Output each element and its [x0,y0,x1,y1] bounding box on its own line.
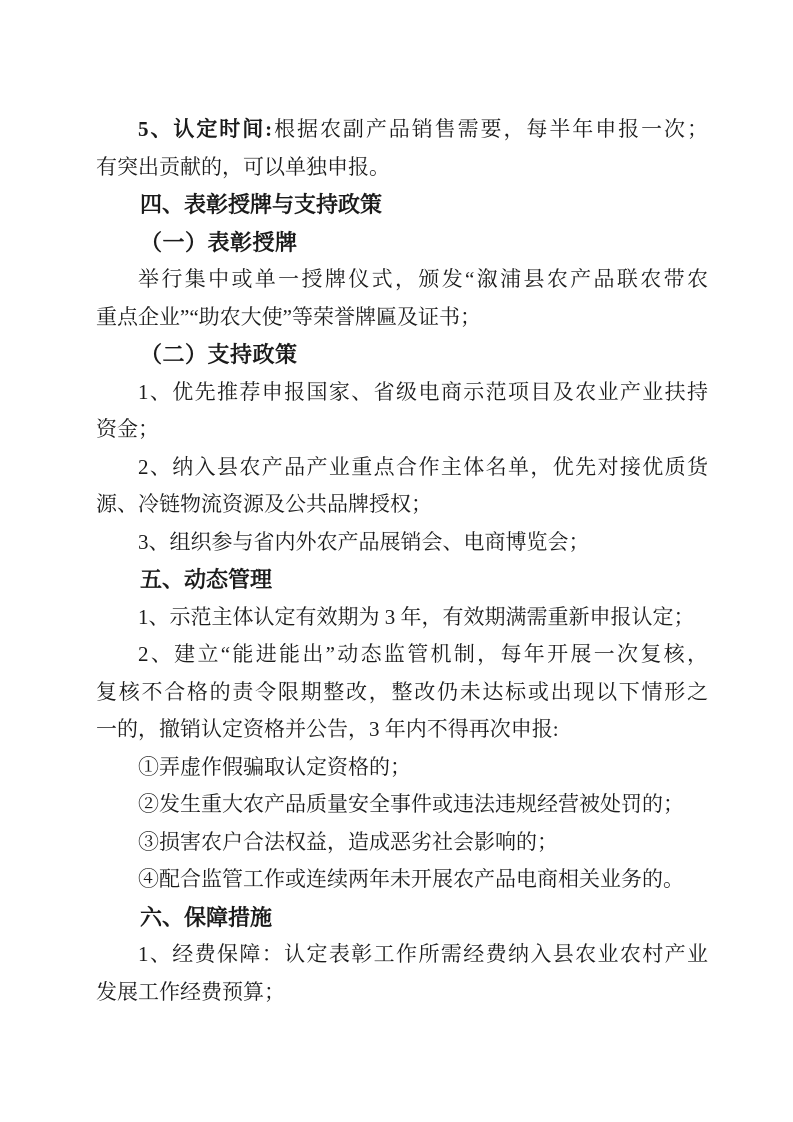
section-heading-5-dynamic-management: 五、动态管理 [96,561,708,599]
dynamic-management-item-2-line-2: 复核不合格的责令限期整改，整改仍未达标或出现以下情形之 [96,674,708,712]
revocation-condition-2: ②发生重大农产品质量安全事件或违法违规经营被处罚的； [96,786,708,824]
support-policy-item-1-line-1: 1、优先推荐申报国家、省级电商示范项目及农业产业扶持 [96,374,708,412]
dynamic-management-item-2-line-1: 2、建立“能进能出”动态监管机制，每年开展一次复核， [96,636,708,674]
safeguard-funding-line-2: 发展工作经费预算； [96,974,708,1012]
support-policy-item-2-line-1: 2、纳入县农产品产业重点合作主体名单，优先对接优质货 [96,449,708,487]
subsection-heading-2-support-policy: （二）支持政策 [96,336,708,374]
dynamic-management-item-1: 1、示范主体认定有效期为 3 年，有效期满需重新申报认定； [96,599,708,637]
subsection-heading-1-commendation: （一）表彰授牌 [96,224,708,262]
bold-lead-label: 5、认定时间: [138,117,272,141]
commendation-body-line-2: 重点企业”“助农大使”等荣誉牌匾及证书； [96,299,708,337]
clause-5-certification-time-line-2: 有突出贡献的，可以单独申报。 [96,149,708,187]
support-policy-item-2-line-2: 源、冷链物流资源及公共品牌授权； [96,486,708,524]
support-policy-item-3: 3、组织参与省内外农产品展销会、电商博览会； [96,524,708,562]
clause-5-certification-time-line-1: 5、认定时间:根据农副产品销售需要，每半年申报一次； [96,111,708,149]
revocation-condition-1: ①弄虚作假骗取认定资格的； [96,749,708,787]
revocation-condition-4: ④配合监管工作或连续两年未开展农产品电商相关业务的。 [96,861,708,899]
safeguard-funding-line-1: 1、经费保障：认定表彰工作所需经费纳入县农业农村产业 [96,936,708,974]
support-policy-item-1-line-2: 资金； [96,411,708,449]
document-page: 5、认定时间:根据农副产品销售需要，每半年申报一次； 有突出贡献的，可以单独申报… [0,0,793,1122]
dynamic-management-item-2-line-3: 一的，撤销认定资格并公告，3 年内不得再次申报: [96,711,708,749]
section-heading-6-safeguard-measures: 六、保障措施 [96,899,708,937]
section-heading-4: 四、表彰授牌与支持政策 [96,186,708,224]
line-text: 根据农副产品销售需要，每半年申报一次； [272,117,708,141]
revocation-condition-3: ③损害农户合法权益，造成恶劣社会影响的； [96,824,708,862]
commendation-body-line-1: 举行集中或单一授牌仪式，颁发“溆浦县农产品联农带农 [96,261,708,299]
